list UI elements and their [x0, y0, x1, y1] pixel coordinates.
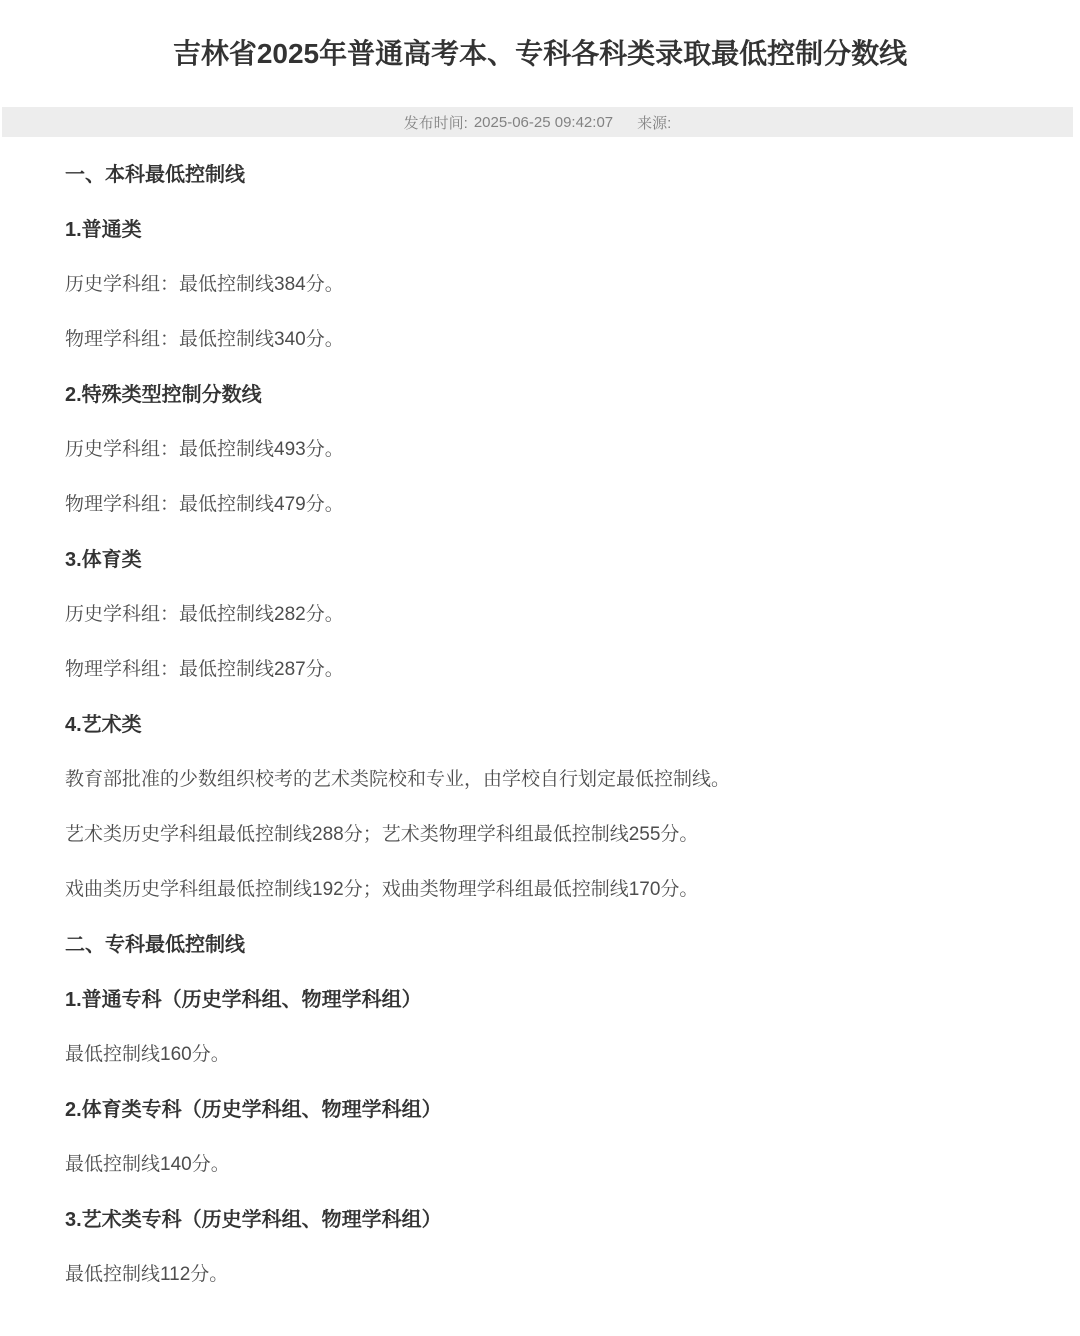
article-body: 一、本科最低控制线1.普通类历史学科组：最低控制线384分。物理学科组：最低控制…: [0, 137, 1080, 1336]
paragraph: 物理学科组：最低控制线479分。: [65, 491, 1015, 519]
section-heading: 3.艺术类专科（历史学科组、物理学科组）: [65, 1206, 1015, 1234]
section-heading: 1.普通类: [65, 216, 1015, 244]
page-title: 吉林省2025年普通高考本、专科各科类录取最低控制分数线: [0, 0, 1080, 74]
paragraph: 教育部批准的少数组织校考的艺术类院校和专业，由学校自行划定最低控制线。: [65, 766, 1015, 794]
paragraph: 艺术类历史学科组最低控制线288分；艺术类物理学科组最低控制线255分。: [65, 821, 1015, 849]
section-heading: 1.普通专科（历史学科组、物理学科组）: [65, 986, 1015, 1014]
paragraph: 历史学科组：最低控制线493分。: [65, 436, 1015, 464]
publish-time-label: 发布时间:: [404, 112, 468, 133]
section-heading: 3.体育类: [65, 546, 1015, 574]
paragraph: 物理学科组：最低控制线340分。: [65, 326, 1015, 354]
source-label: 来源:: [637, 112, 671, 133]
section-heading: 二、专科最低控制线: [65, 931, 1015, 959]
paragraph: 最低控制线160分。: [65, 1041, 1015, 1069]
section-heading: 一、本科最低控制线: [65, 161, 1015, 189]
article-header: 吉林省2025年普通高考本、专科各科类录取最低控制分数线 发布时间: 2025-…: [0, 0, 1080, 137]
section-heading: 4.艺术类: [65, 711, 1015, 739]
section-heading: 2.体育类专科（历史学科组、物理学科组）: [65, 1096, 1015, 1124]
publish-time-value: 2025-06-25 09:42:07: [474, 114, 613, 131]
section-heading: 2.特殊类型控制分数线: [65, 381, 1015, 409]
paragraph: 戏曲类历史学科组最低控制线192分；戏曲类物理学科组最低控制线170分。: [65, 876, 1015, 904]
paragraph: 历史学科组：最低控制线384分。: [65, 271, 1015, 299]
paragraph: 最低控制线112分。: [65, 1261, 1015, 1289]
meta-bar: 发布时间: 2025-06-25 09:42:07 来源:: [2, 107, 1073, 137]
paragraph: 物理学科组：最低控制线287分。: [65, 656, 1015, 684]
paragraph: 最低控制线140分。: [65, 1151, 1015, 1179]
paragraph: 历史学科组：最低控制线282分。: [65, 601, 1015, 629]
